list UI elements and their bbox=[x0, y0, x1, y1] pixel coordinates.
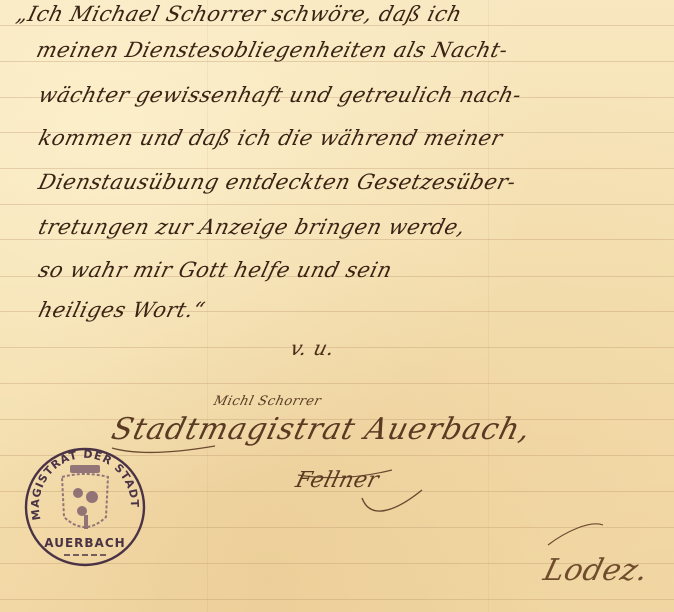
stamp-text-bottom: AUERBACH bbox=[44, 536, 125, 550]
magistrate-stamp: MAGISTRAT DER STADT AUERBACH bbox=[22, 445, 148, 570]
document-page: „Ich Michael Schorrer schwöre, daß ich m… bbox=[0, 0, 674, 612]
official-signature: Fellner bbox=[293, 468, 382, 493]
coat-of-arms-icon bbox=[62, 465, 108, 529]
second-signature: Lodez. bbox=[540, 553, 652, 588]
